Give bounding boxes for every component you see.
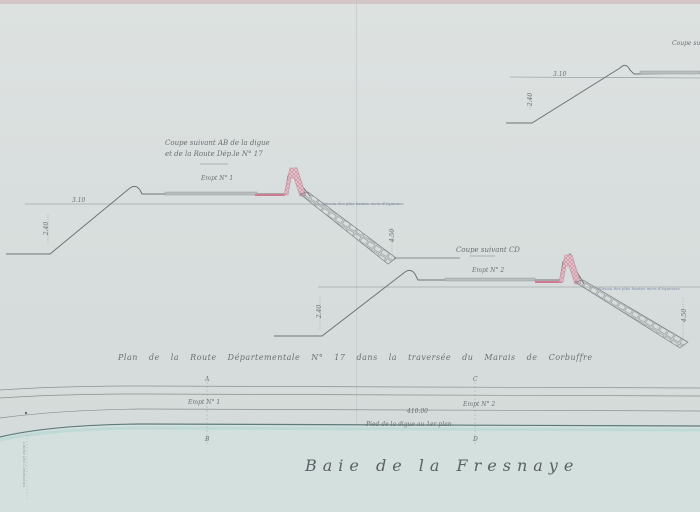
- section-ab-height-right: 4.50: [389, 229, 396, 242]
- section-cd-height-left: 2.40: [316, 305, 323, 318]
- section-cd-water-label: Niveau des plus hautes mers d'équinoxe: [598, 286, 680, 291]
- section-ab-height-left: 2.40: [43, 222, 50, 235]
- section-ab-road-label: Empt N° 1: [201, 175, 233, 182]
- section-cd-road-label: Empt N° 2: [472, 267, 504, 274]
- plan-label-left: Empt N° 1: [188, 399, 220, 406]
- section-ab-title-line1: Coupe suivant AB de la digue: [165, 139, 270, 147]
- section-ef-height-label: 2.40: [527, 93, 534, 106]
- plan-label-right: Empt N° 2: [463, 401, 495, 408]
- section-ef-span-label: 3.10: [553, 71, 566, 78]
- plan-title: Plan de la Route Départementale N° 17 da…: [118, 353, 593, 362]
- plan-axis-label: Pied de la digue au 1er plan: [366, 421, 452, 428]
- section-cd-title: Coupe suivant CD: [456, 246, 520, 254]
- plan-marker-b: B: [205, 436, 209, 443]
- section-cd-height-right: 4.50: [681, 309, 688, 322]
- plan-marker-c: C: [473, 376, 478, 383]
- plan-marker-d: D: [473, 436, 478, 443]
- plan-marker-a: A: [205, 376, 209, 383]
- section-ab-span-label: 3.10: [72, 197, 85, 204]
- bay-label: Baie de la Fresnaye: [305, 456, 579, 475]
- plan-view: [0, 382, 700, 512]
- plan-length-label: 410.00: [407, 408, 428, 415]
- drawing-sheet: Coupe suivant EF 3.10 2.40 Coupe suivant…: [0, 0, 700, 512]
- drawing-linework: [0, 0, 700, 512]
- section-ef-profile: [506, 65, 700, 123]
- section-ab-water-label: Niveau des plus hautes mers d'équinoxe: [322, 201, 404, 206]
- section-ef-title: Coupe suivant EF: [672, 40, 700, 47]
- section-ab-title-line2: et de la Route Dép.le N° 17: [165, 150, 263, 158]
- plan-vertical-label: Limite des Communes: [22, 442, 27, 487]
